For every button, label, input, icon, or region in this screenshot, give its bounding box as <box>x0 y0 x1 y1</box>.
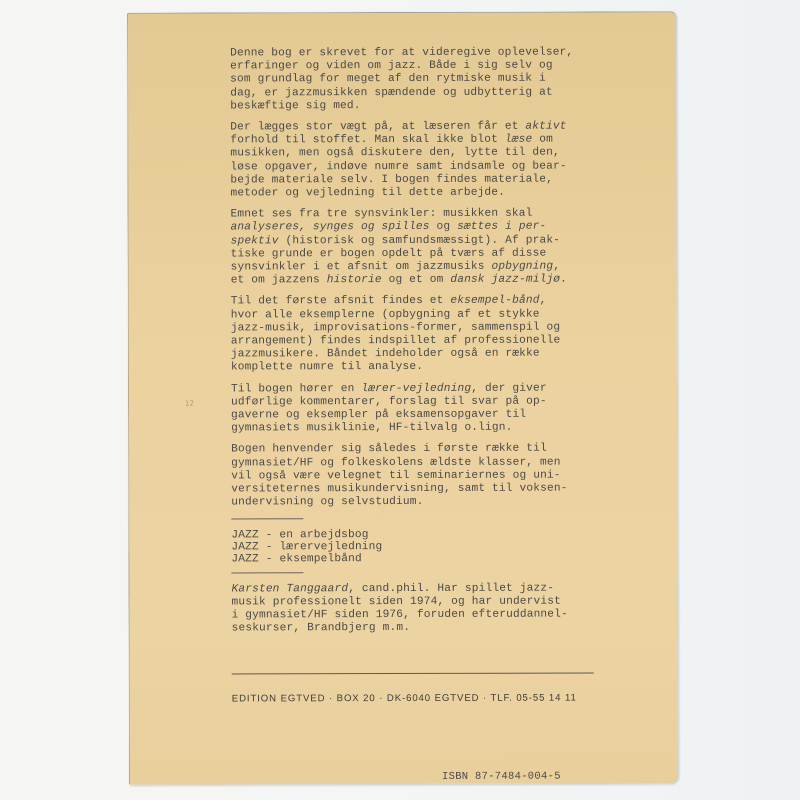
emphasis-text: analyseres, synges og spilles <box>231 221 430 234</box>
emphasis-text: læse <box>505 134 533 146</box>
text-run: Til bogen hører en <box>231 383 361 395</box>
series-list: JAZZ - en arbejdsbogJAZZ - lærervejledni… <box>231 528 631 566</box>
text-run: Til det første afsnit findes et <box>231 295 451 308</box>
text-run: Der lægges stor vægt på, at læseren får … <box>230 121 525 134</box>
emphasis-text: Karsten Tanggaard <box>231 583 348 595</box>
emphasis-text: dansk jazz-miljø <box>450 274 560 286</box>
text-run: og et om <box>382 274 451 286</box>
emphasis-text: historie <box>327 274 382 286</box>
text-run: Denne bog er skrevet for at videregive o… <box>230 47 573 113</box>
emphasis-text: aktivt <box>525 121 566 133</box>
series-item: JAZZ - eksempelbånd <box>231 553 631 566</box>
text-run: Bogen henvender sig således i første ræk… <box>231 443 567 509</box>
emphasis-text: opbygning <box>491 261 553 273</box>
text-run: . <box>560 274 567 286</box>
divider-short-bottom <box>231 572 303 573</box>
text-run: Emnet ses fra tre synsvinkler: musikken … <box>231 208 533 221</box>
book-back-cover: 12 Denne bog er skrevet for at videregiv… <box>127 11 678 784</box>
description-paragraph-6: Bogen henvender sig således i første ræk… <box>231 443 631 510</box>
description-paragraph-3: Emnet ses fra tre synsvinkler: musikken … <box>231 208 631 288</box>
author-bio: Karsten Tanggaard, cand.phil. Har spille… <box>231 582 631 636</box>
series-item: JAZZ - lærervejledning <box>231 540 631 553</box>
description-paragraph-2: Der lægges stor vægt på, at læseren får … <box>230 120 630 200</box>
description-paragraph-1: Denne bog er skrevet for at videregive o… <box>230 46 630 113</box>
divider-long <box>232 673 594 675</box>
isbn: ISBN 87-7484-004-5 <box>442 771 561 783</box>
emphasis-text: eksempel-bånd <box>450 295 539 307</box>
description-paragraphs: Denne bog er skrevet for at videregive o… <box>230 46 631 510</box>
pencil-mark: 12 <box>185 400 194 408</box>
text-run: og <box>430 221 458 233</box>
cover-text-block: Denne bog er skrevet for at videregive o… <box>230 46 632 644</box>
publisher-line: EDITION EGTVED · BOX 20 · DK-6040 EGTVED… <box>232 692 612 704</box>
emphasis-text: lærer-vejledning <box>361 382 471 394</box>
description-paragraph-5: Til bogen hører en lærer-vejledning, der… <box>231 382 631 436</box>
divider-short-top <box>231 518 303 519</box>
description-paragraph-4: Til det første afsnit findes et eksempel… <box>231 295 631 375</box>
series-item: JAZZ - en arbejdsbog <box>231 528 631 541</box>
